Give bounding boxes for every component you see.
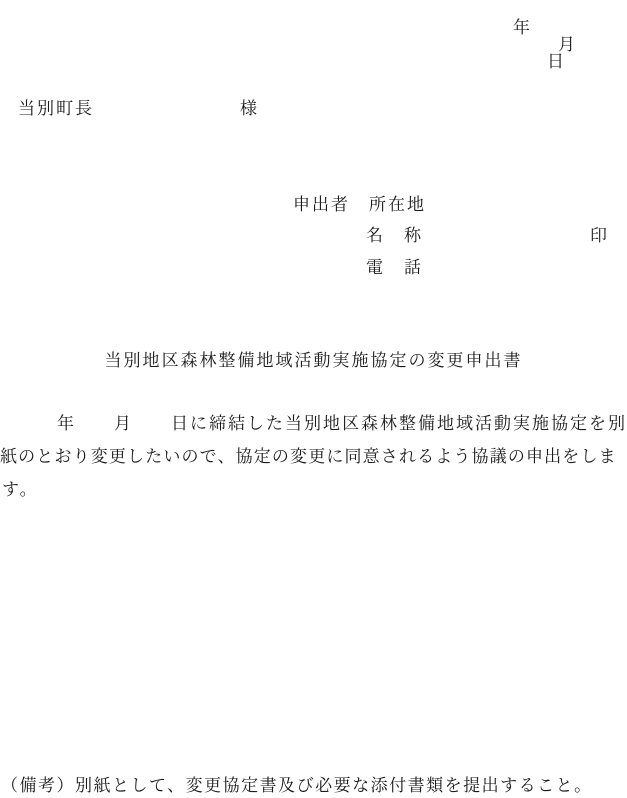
document-page: 年 月 日 当別町長 様 申出者 所在地 名 称 印 電 話 当別地区森林整備地… [0, 0, 627, 798]
addressee-honorific: 様 [240, 100, 259, 117]
applicant-address-row: 申出者 所在地 [293, 196, 426, 213]
date-day-label: 日 [547, 52, 564, 71]
body-line: 紙のとおり変更したいので、協定の変更に同意されるよう協議の申出をしま [0, 448, 617, 465]
addressee-title: 当別町長 [18, 100, 94, 117]
date-line: 年 月 日 [496, 2, 575, 87]
body-line: 年 月 日に締結した当別地区森林整備地域活動実施協定を別 [0, 415, 627, 432]
document-title: 当別地区森林整備地域活動実施協定の変更申出書 [0, 352, 627, 369]
applicant-name-label: 名 称 [366, 227, 423, 244]
remarks-note: （備考）別紙として、変更協定書及び必要な添付書類を提出すること。 [1, 777, 593, 794]
applicant-phone-label: 電 話 [366, 259, 423, 276]
seal-label: 印 [590, 227, 609, 244]
date-year-label: 年 [513, 18, 530, 37]
body-line: す。 [2, 481, 39, 498]
